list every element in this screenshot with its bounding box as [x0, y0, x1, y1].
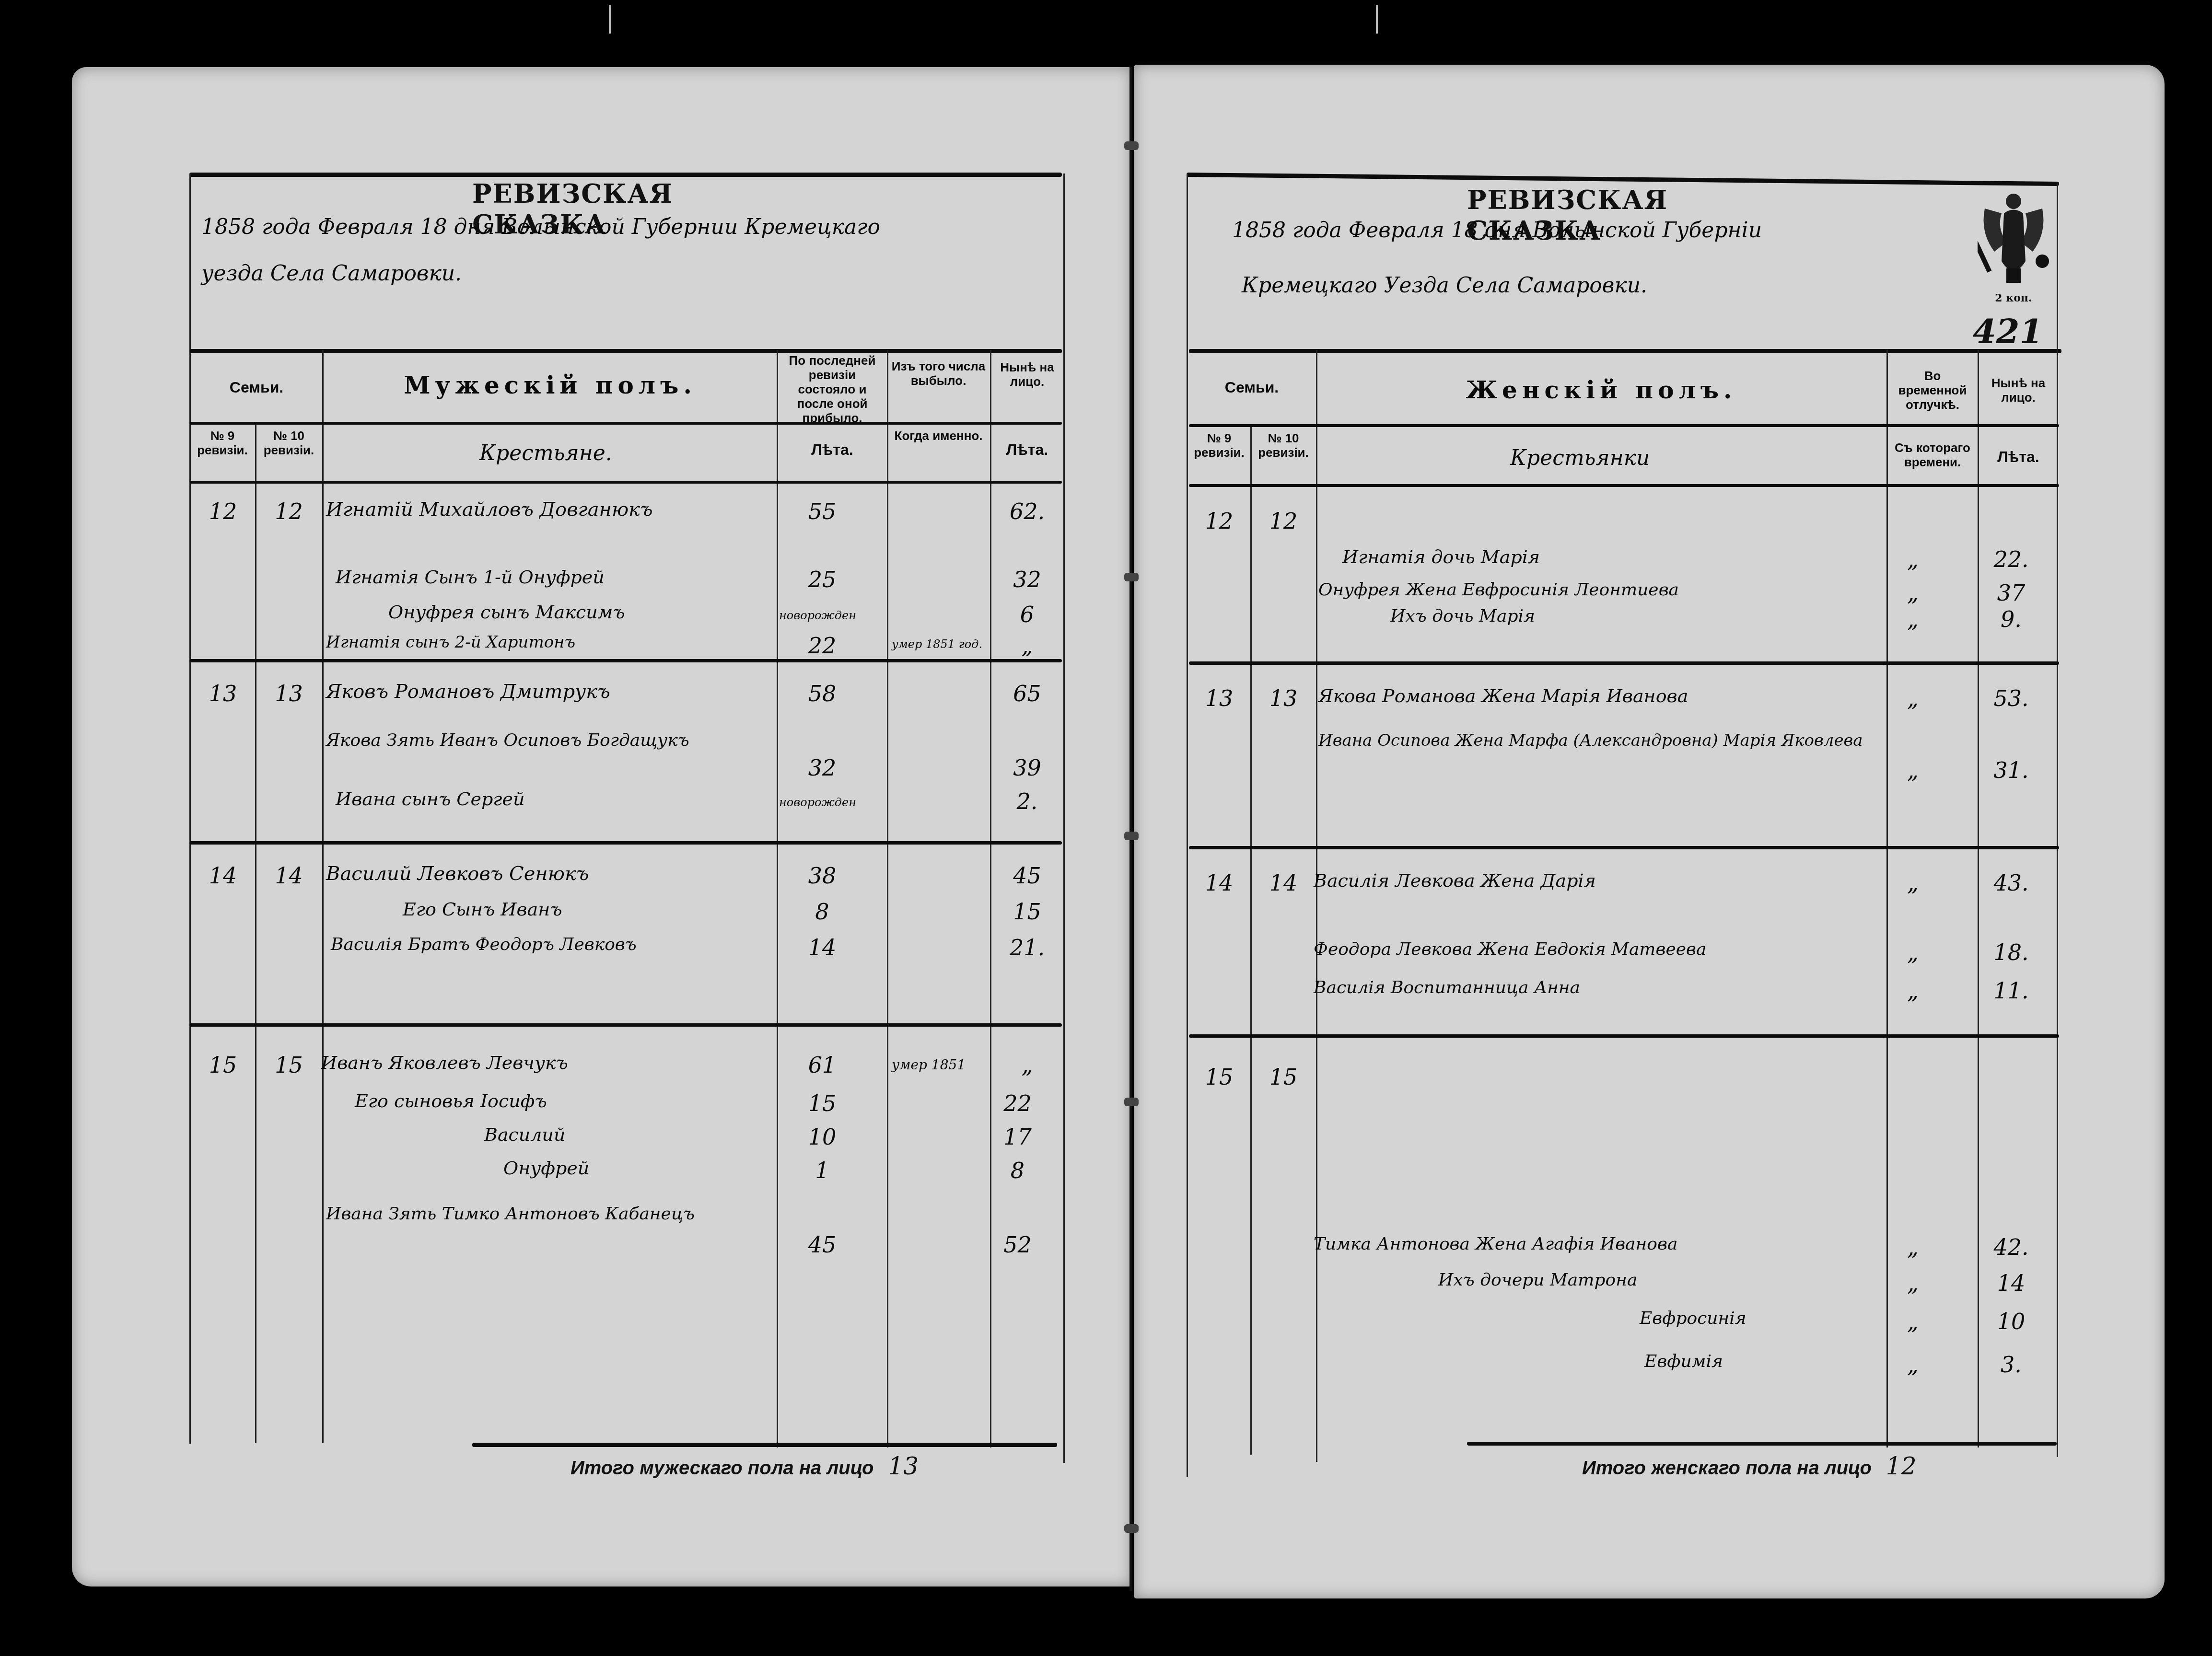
family-rev10: 14 [256, 863, 321, 889]
age-now: 6 [992, 602, 1062, 627]
male-total-value: 13 [888, 1452, 919, 1480]
family-rev9: 12 [192, 498, 254, 524]
person-name: Его сыновья Іосифъ [355, 1090, 547, 1112]
header-rev9: № 9 ревизіи. [191, 429, 254, 458]
family-rev9: 13 [1189, 685, 1249, 711]
age-now: 2. [992, 788, 1062, 814]
age-now: 31. [1980, 757, 2042, 783]
age-now: 37 [1980, 580, 2042, 606]
person-name: Евфросинія [1640, 1309, 1746, 1328]
left-page [72, 67, 1131, 1587]
family-rev10: 15 [256, 1052, 321, 1078]
person-name: Василія Левкова Жена Дарія [1314, 870, 1596, 891]
person-name: Онуфрея Жена Евфросинія Леонтиева [1318, 580, 1679, 600]
family-rev9: 13 [192, 681, 254, 706]
binding-thread [1124, 573, 1139, 581]
right-heading-line1: 1858 года Февраля 18 дня Волынской Губер… [1232, 218, 1762, 243]
family-rev10: 13 [256, 681, 321, 706]
header-families: Семьи. [1189, 379, 1315, 396]
person-name: Василія Братъ Феодоръ Левковъ [331, 935, 637, 954]
age-now: 22. [1980, 546, 2042, 572]
header-years-now: Лѣта. [992, 441, 1062, 459]
absence: „ [1889, 1234, 1937, 1260]
person-name: Игнатія дочь Марія [1342, 546, 1540, 567]
age-now: 14 [1980, 1270, 2042, 1296]
person-name: Игнатія Сынъ 1-й Онуфрей [336, 567, 605, 588]
header-male-sex: Мужескій полъ. [326, 371, 774, 399]
left-heading-line1: 1858 года Февраля 18 дня Волынской Губер… [201, 215, 880, 239]
age-now: 32 [992, 567, 1062, 592]
age-now: 21. [992, 935, 1062, 961]
person-name: Ихъ дочь Марія [1390, 606, 1535, 626]
header-dropped: Изъ того числа выбыло. [889, 359, 988, 388]
header-rev9: № 9 ревизіи. [1189, 431, 1249, 460]
person-name: Феодора Левкова Жена Евдокія Матвеева [1314, 939, 1706, 959]
age-now: 42. [1980, 1234, 2042, 1260]
double-headed-eagle-icon [1978, 189, 2049, 290]
absence: „ [1889, 1352, 1937, 1378]
person-name: Игнатій Михайловъ Довганюкъ [326, 498, 653, 521]
age-now: 8 [983, 1158, 1052, 1183]
family-rev10: 12 [1252, 508, 1315, 534]
age-prev: 15 [779, 1090, 865, 1116]
female-total-value: 12 [1886, 1452, 1917, 1480]
age-prev: 45 [779, 1232, 865, 1258]
female-total-label: Итого женскаго пола на лицо [1582, 1458, 1872, 1479]
person-name: Онуфрея сынъ Максимъ [388, 602, 625, 623]
binding-thread [1124, 832, 1139, 840]
absence: „ [1889, 870, 1937, 896]
header-now-present: Нынѣ на лицо. [992, 360, 1062, 389]
female-total: Итого женскаго пола на лицо12 [1582, 1452, 1916, 1480]
family-rev10: 14 [1252, 870, 1315, 896]
person-name: Якова Зять Иванъ Осиповъ Богдащукъ [326, 719, 757, 762]
left-heading-line2: уезда Села Самаровки. [201, 261, 462, 286]
header-female-sex: Женскій полъ. [1318, 376, 1884, 404]
family-rev10: 15 [1252, 1064, 1315, 1090]
family-rev9: 14 [192, 863, 254, 889]
age-now: „ [992, 1052, 1062, 1078]
age-now: 39 [992, 755, 1062, 781]
age-now: 3. [1980, 1352, 2042, 1378]
person-name: Его Сынъ Иванъ [403, 899, 562, 920]
age-prev: 32 [779, 755, 865, 781]
header-families: Семьи. [192, 379, 321, 396]
age-now: 52 [983, 1232, 1052, 1258]
binding-thread [1124, 141, 1139, 150]
age-prev: 58 [779, 681, 865, 706]
age-now: 65 [992, 681, 1062, 706]
age-now: 10 [1980, 1309, 2042, 1334]
family-rev9: 15 [1189, 1064, 1249, 1090]
person-name: Василий [484, 1124, 565, 1145]
age-prev: 55 [779, 498, 865, 524]
person-name: Василія Воспитанница Анна [1314, 978, 1580, 997]
age-prev: новорожден [779, 796, 856, 809]
stamp-price: 2 коп. [1966, 292, 2061, 304]
age-prev: 61 [779, 1052, 865, 1078]
right-heading-line2: Кремецкаго Уезда Села Самаровки. [1242, 273, 1647, 298]
age-now: 53. [1980, 685, 2042, 711]
header-last-revision: По последней ревизіи состояло и после он… [779, 354, 885, 425]
absence: „ [1889, 1309, 1937, 1334]
person-name: Ивана сынъ Сергей [336, 788, 524, 810]
scan-edge-mark [1376, 5, 1378, 34]
scan-edge-mark [609, 5, 611, 34]
age-now: 18. [1980, 939, 2042, 965]
age-now: 9. [1980, 606, 2042, 632]
person-name: Якова Романова Жена Марія Иванова [1318, 685, 1688, 706]
header-class-peasant-women: Крестьянки [1510, 446, 1650, 470]
imperial-stamp: 2 коп. [1966, 189, 2061, 304]
person-name: Тимка Антонова Жена Агафія Иванова [1314, 1234, 1677, 1254]
person-name: Игнатія сынъ 2-й Харитонъ [326, 633, 575, 652]
age-now: „ [992, 633, 1062, 659]
absence: „ [1889, 939, 1937, 965]
header-when: Когда именно. [889, 429, 988, 443]
age-prev: новорожден [779, 609, 856, 622]
age-now: 15 [992, 899, 1062, 925]
age-now: 11. [1980, 978, 2042, 1004]
header-now-present: Нынѣ на лицо. [1980, 376, 2057, 405]
family-rev9: 14 [1189, 870, 1249, 896]
folio-number: 421 [1973, 312, 2043, 351]
person-name: Ивана Осипова Жена Марфа (Александровна)… [1318, 724, 1879, 757]
family-rev9: 12 [1189, 508, 1249, 534]
person-name: Евфимія [1644, 1352, 1723, 1371]
age-now: 43. [1980, 870, 2042, 896]
age-prev: 14 [779, 935, 865, 961]
absence: „ [1889, 606, 1937, 632]
absence: „ [1889, 685, 1937, 711]
absence: „ [1889, 580, 1937, 606]
person-name: Ихъ дочери Матрона [1438, 1270, 1637, 1290]
age-now: 62. [992, 498, 1062, 524]
person-name: Онуфрей [503, 1158, 589, 1179]
age-now: 22 [983, 1090, 1052, 1116]
binding-thread [1124, 1524, 1139, 1533]
header-class-peasants: Крестьяне. [479, 441, 612, 465]
age-prev: 25 [779, 567, 865, 592]
age-prev: 1 [779, 1158, 865, 1183]
dropped-when: умер 1851 [892, 1057, 966, 1073]
person-name: Яковъ Романовъ Дмитрукъ [326, 681, 610, 703]
header-years: Лѣта. [779, 441, 885, 459]
header-since-when: Съ котораго времени. [1889, 441, 1976, 470]
header-rev10: № 10 ревизіи. [1252, 431, 1315, 460]
header-rev10: № 10 ревизіи. [256, 429, 321, 458]
dropped-when: умер 1851 год. [892, 637, 982, 651]
age-now: 17 [983, 1124, 1052, 1150]
absence: „ [1889, 978, 1937, 1004]
family-rev9: 15 [192, 1052, 254, 1078]
header-years: Лѣта. [1980, 448, 2057, 466]
male-total-label: Итого мужескаго пола на лицо [570, 1458, 874, 1479]
age-prev: 10 [779, 1124, 865, 1150]
binding-thread [1124, 1098, 1139, 1106]
age-prev: 38 [779, 863, 865, 889]
person-name: Иванъ Яковлевъ Левчукъ [321, 1052, 568, 1073]
age-now: 45 [992, 863, 1062, 889]
age-prev: 8 [779, 899, 865, 925]
absence: „ [1889, 546, 1937, 572]
family-rev10: 12 [256, 498, 321, 524]
person-name: Василий Левковъ Сенюкъ [326, 863, 589, 885]
absence: „ [1889, 757, 1937, 783]
male-total: Итого мужескаго пола на лицо13 [570, 1452, 919, 1480]
book-spine [1129, 67, 1132, 1591]
family-rev10: 13 [1252, 685, 1315, 711]
absence: „ [1889, 1270, 1937, 1296]
person-name: Ивана Зять Тимко Антоновъ Кабанецъ [326, 1193, 757, 1234]
age-prev: 22 [779, 633, 865, 659]
header-temp-absence: Во временной отлучкѣ. [1889, 369, 1976, 412]
